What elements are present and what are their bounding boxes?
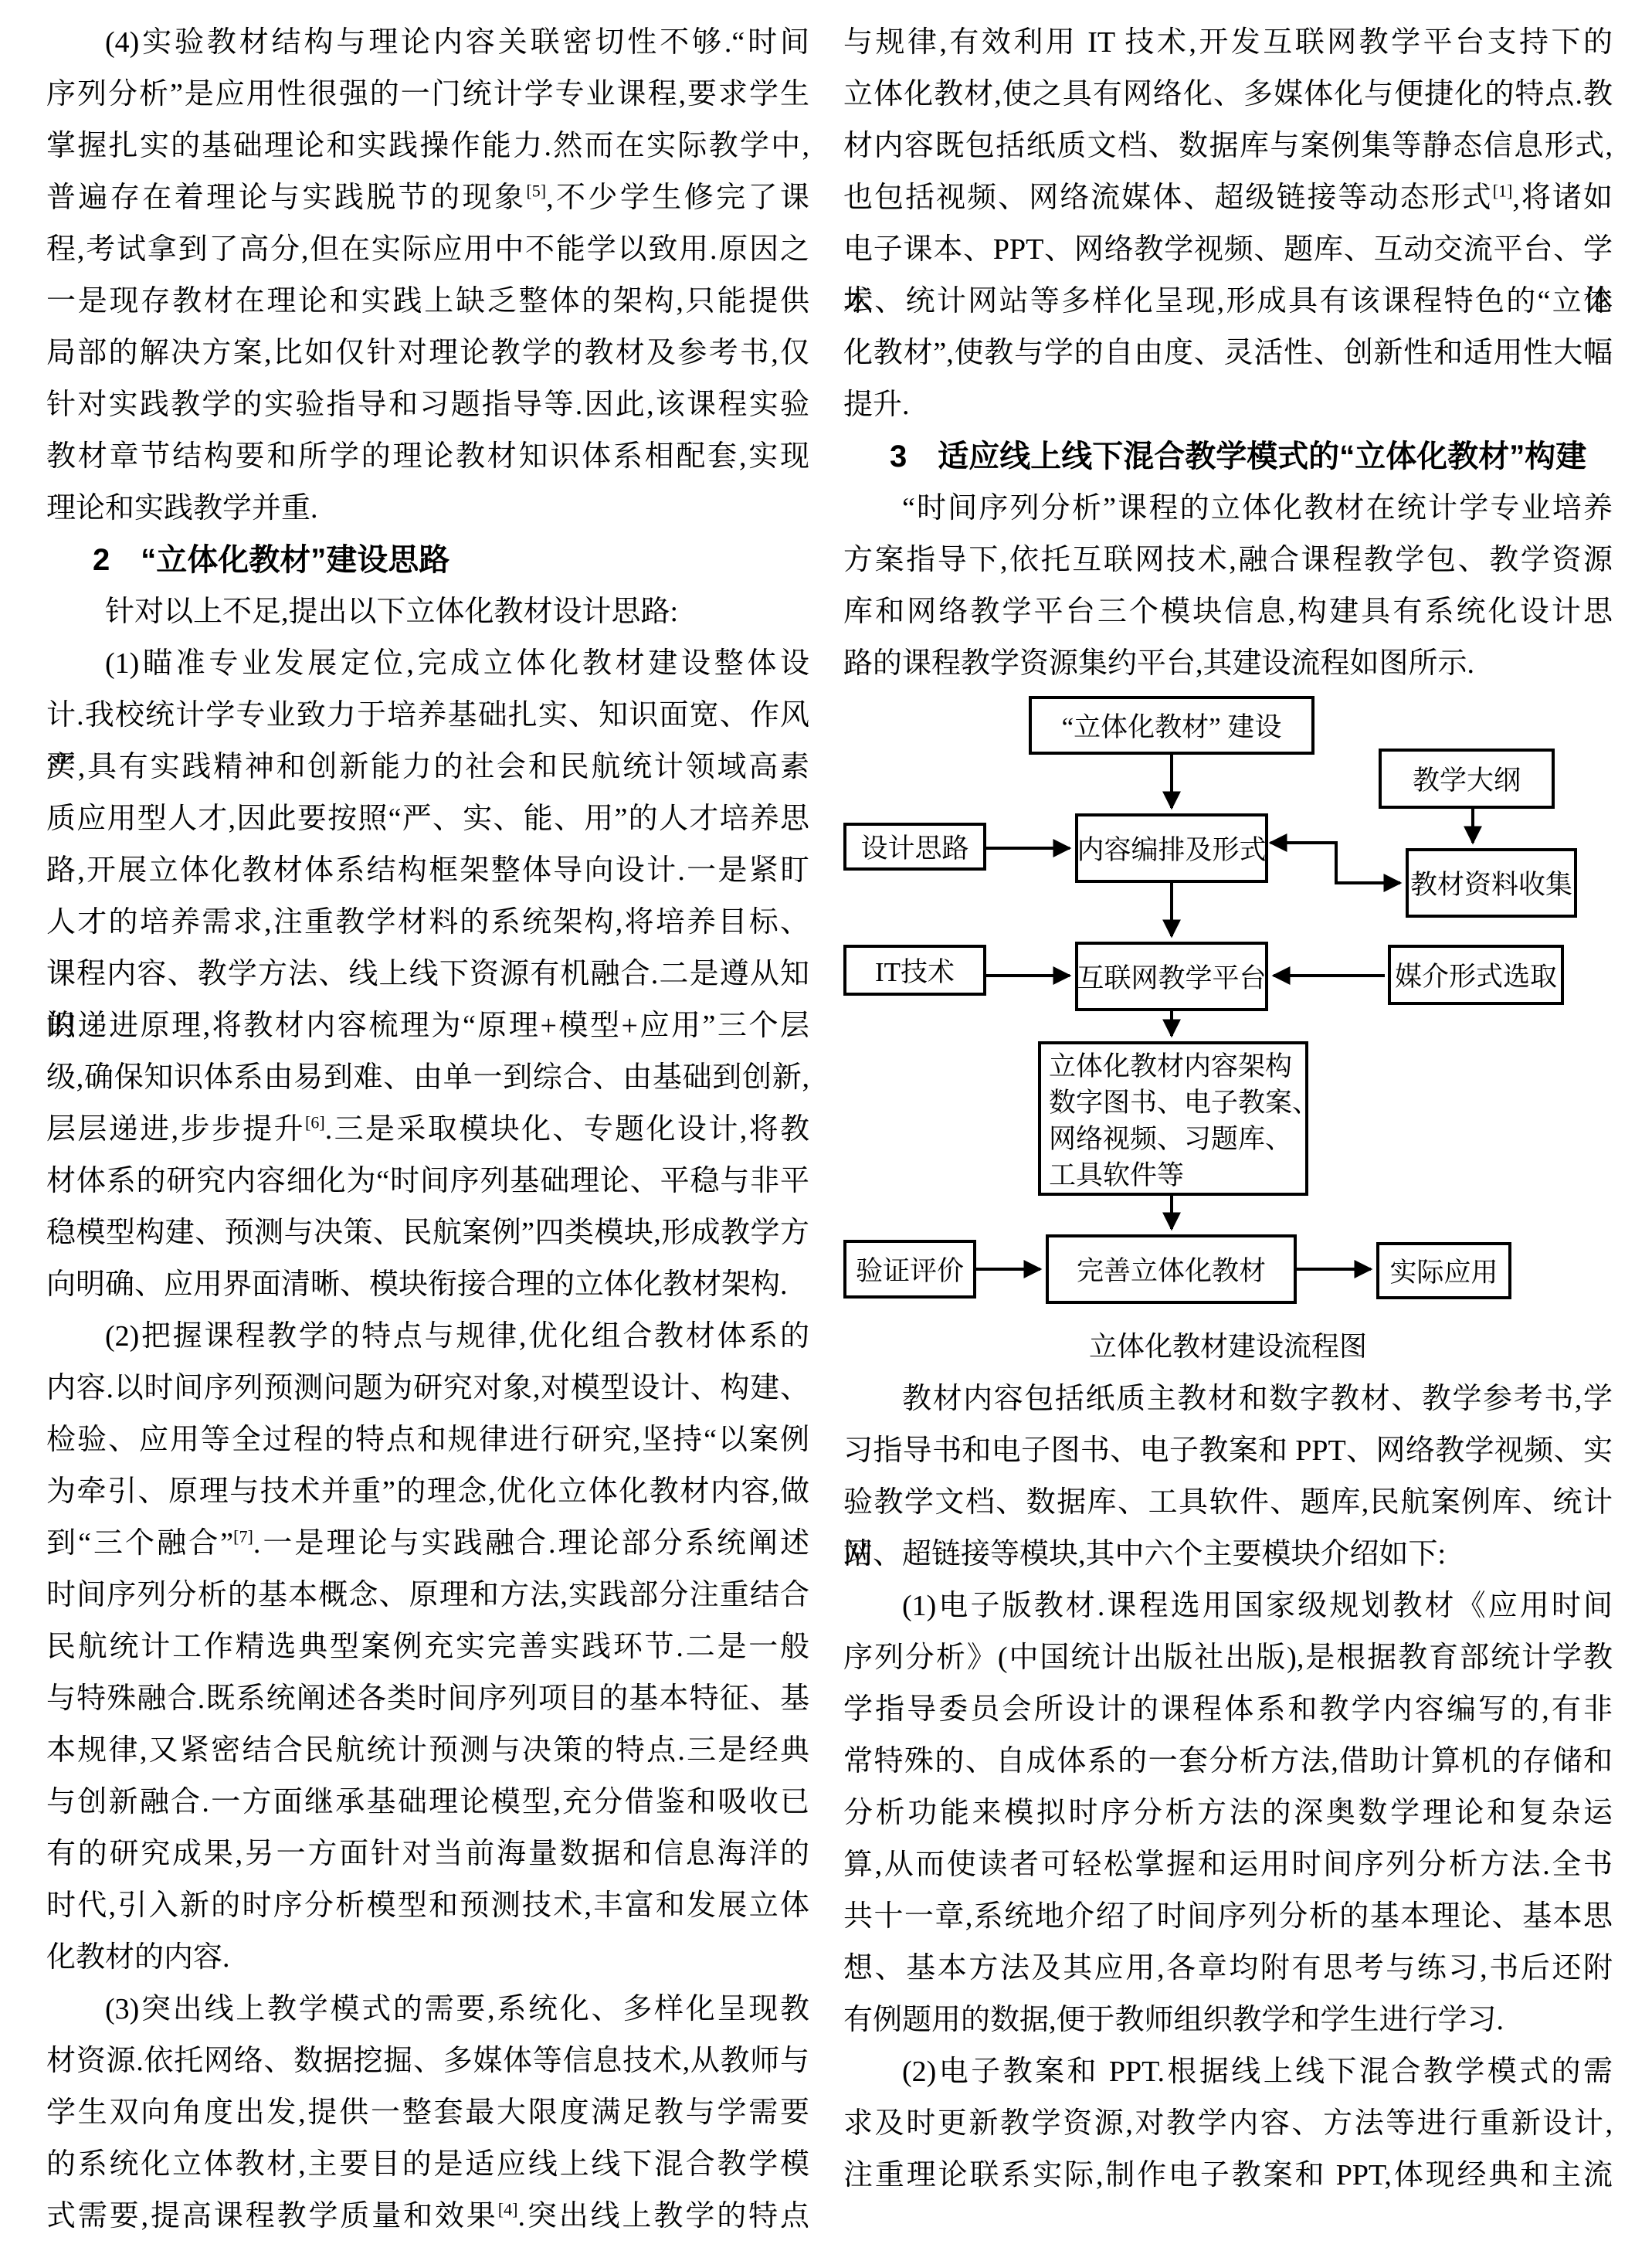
text-line: 质应用型人才,因此要按照“严、实、能、用”的人才培养思: [46, 793, 809, 845]
text-line: 与创新融合.一方面继承基础理论模型,充分借鉴和吸收已: [46, 1777, 809, 1828]
text-line: 层层递进,步步提升[6].三是采取模块化、专题化设计,将教: [46, 1104, 809, 1156]
text-line: 针对以上不足,提出以下立体化教材设计思路:: [46, 586, 809, 638]
node-content-architecture: 立体化教材内容架构数字图书、电子教案、网络视频、习题库、工具软件等: [1038, 1041, 1308, 1196]
text-line: 验教学文档、数据库、工具软件、题库,民航案例库、统计网: [843, 1477, 1613, 1529]
node-it-technology: IT技术: [843, 945, 986, 996]
text-line: 共十一章,系统地介绍了时间序列分析的基本理论、基本思: [843, 1891, 1613, 1943]
section-heading: 3 适应线上线下混合教学模式的“立体化教材”构建: [843, 431, 1613, 483]
text-line: 分析功能来模拟时序分析方法的深奥数学理论和复杂运: [843, 1787, 1613, 1839]
text-line: 级,确保知识体系由易到难、由单一到综合、由基础到创新,: [46, 1052, 809, 1104]
text-line: 民航统计工作精选典型案例充实完善实践环节.二是一般: [46, 1621, 809, 1673]
paper-page: (4)实验教材结构与理论内容关联密切性不够.“时间序列分析”是应用性很强的一门统…: [0, 0, 1652, 2244]
text-line: 注重理论联系实际,制作电子教案和 PPT,体现经典和主流: [843, 2150, 1613, 2202]
text-line: 本规律,又紧密结合民航统计预测与决策的特点.三是经典: [46, 1725, 809, 1777]
text-line: 的递进原理,将教材内容梳理为“原理+模型+应用”三个层: [46, 1000, 809, 1052]
text-line: 教材章节结构要和所学的理论教材知识体系相配套,实现: [46, 431, 809, 483]
textbook-construction-flowchart: “立体化教材” 建设 教学大纲 设计思路 内容编排及形式 教材资料收集 IT技术…: [843, 690, 1613, 1319]
text-line: 材资源.依托网络、数据挖掘、多媒体等信息技术,从教师与: [46, 2035, 809, 2087]
text-line: (3)突出线上教学模式的需要,系统化、多样化呈现教: [46, 1984, 809, 2035]
node-media-selection: 媒介形式选取: [1388, 945, 1564, 1005]
text-line: 立体化教材,使之具有网络化、多媒体化与便捷化的特点.教: [843, 69, 1613, 121]
text-line: 工具软件等: [1049, 1157, 1298, 1193]
text-line: 库和网络教学平台三个模块信息,构建具有系统化设计思: [843, 586, 1613, 638]
right-column: 与规律,有效利用 IT 技术,开发互联网教学平台支持下的立体化教材,使之具有网络…: [843, 17, 1613, 2202]
text-line: 求及时更新教学资源,对教学内容、方法等进行重新设计,: [843, 2098, 1613, 2150]
text-line: 想、基本方法及其应用,各章均附有思考与练习,书后还附: [843, 1943, 1613, 1994]
text-line: 材体系的研究内容细化为“时间序列基础理论、平稳与非平: [46, 1156, 809, 1207]
text-line: 与规律,有效利用 IT 技术,开发互联网教学平台支持下的: [843, 17, 1613, 69]
text-line: 为牵引、原理与技术并重”的理念,优化立体化教材内容,做: [46, 1466, 809, 1518]
text-line: 材内容既包括纸质文档、数据库与案例集等静态信息形式,: [843, 121, 1613, 172]
text-line: 人才的培养需求,注重教学材料的系统架构,将培养目标、: [46, 897, 809, 949]
text-line: 局部的解决方案,比如仅针对理论教学的教材及参考书,仅: [46, 328, 809, 379]
text-line: 时间序列分析的基本概念、原理和方法,实践部分注重结合: [46, 1570, 809, 1621]
text-line: 电子课本、PPT、网络教学视频、题库、互动交流平台、学术论: [843, 224, 1613, 276]
text-line: 方案指导下,依托互联网技术,融合课程教学包、教学资源: [843, 535, 1613, 586]
text-line: 普遍存在着理论与实践脱节的现象[5],不少学生修完了课: [46, 172, 809, 224]
node-improve-textbook: 完善立体化教材: [1046, 1234, 1297, 1304]
text-line: 教材内容包括纸质主教材和数字教材、教学参考书,学: [843, 1373, 1613, 1425]
text-line: 也包括视频、网络流媒体、超级链接等动态形式[1],将诸如: [843, 172, 1613, 224]
text-line: 路的课程教学资源集约平台,其建设流程如图所示.: [843, 638, 1613, 690]
right-column-top-text: 与规律,有效利用 IT 技术,开发互联网教学平台支持下的立体化教材,使之具有网络…: [843, 17, 1613, 690]
text-line: 学生双向角度出发,提供一整套最大限度满足教与学需要: [46, 2087, 809, 2139]
text-line: (4)实验教材结构与理论内容关联密切性不够.“时间: [46, 17, 809, 69]
text-line: 有例题用的数据,便于教师组织教学和学生进行学习.: [843, 1994, 1613, 2046]
arrow-arrange-collect-exchange: [1270, 843, 1400, 883]
text-line: 稳模型构建、预测与决策、民航案例”四类模块,形成教学方: [46, 1207, 809, 1259]
section-heading: 2 “立体化教材”建设思路: [46, 535, 809, 586]
node-internet-platform: 互联网教学平台: [1075, 942, 1268, 1011]
text-line: 有的研究成果,另一方面针对当前海量数据和信息海洋的: [46, 1828, 809, 1880]
text-line: (2)把握课程教学的特点与规律,优化组合教材体系的: [46, 1311, 809, 1363]
text-line: 提升.: [843, 379, 1613, 431]
text-line: 序列分析》(中国统计出版社出版),是根据教育部统计学教: [843, 1632, 1613, 1684]
node-practical-application: 实际应用: [1376, 1242, 1511, 1299]
text-line: 掌握扎实的基础理论和实践操作能力.然而在实际教学中,: [46, 121, 809, 172]
text-line: 的系统化立体教材,主要目的是适应线上线下混合教学模: [46, 2139, 809, 2191]
node-material-collection: 教材资料收集: [1406, 848, 1577, 918]
text-line: 站、超链接等模块,其中六个主要模块介绍如下:: [843, 1529, 1613, 1580]
text-line: 常特殊的、自成体系的一套分析方法,借助计算机的存储和: [843, 1736, 1613, 1787]
text-line: 网络视频、习题库、: [1049, 1121, 1298, 1157]
text-line: 坛、统计网站等多样化呈现,形成具有该课程特色的“立体: [843, 276, 1613, 328]
text-line: 理论和实践教学并重.: [46, 483, 809, 535]
text-line: 学指导委员会所设计的课程体系和教学内容编写的,有非: [843, 1684, 1613, 1736]
text-line: 实,具有实践精神和创新能力的社会和民航统计领域高素: [46, 742, 809, 793]
node-design-idea: 设计思路: [843, 823, 986, 871]
node-syllabus: 教学大纲: [1379, 749, 1555, 809]
figure-caption: 立体化教材建设流程图: [843, 1319, 1613, 1373]
text-line: 化教材”,使教与学的自由度、灵活性、创新性和适用性大幅: [843, 328, 1613, 379]
text-line: 计.我校统计学专业致力于培养基础扎实、知识面宽、作风严: [46, 690, 809, 742]
text-line: (2)电子教案和 PPT.根据线上线下混合教学模式的需: [843, 2046, 1613, 2098]
text-line: 针对实践教学的实验指导和习题指导等.因此,该课程实验: [46, 379, 809, 431]
text-line: 与特殊融合.既系统阐述各类时间序列项目的基本特征、基: [46, 1673, 809, 1725]
node-content-arrangement: 内容编排及形式: [1075, 813, 1268, 883]
right-column-bottom-text: 教材内容包括纸质主教材和数字教材、教学参考书,学习指导书和电子图书、电子教案和 …: [843, 1373, 1613, 2202]
text-line: 程,考试拿到了高分,但在实际应用中不能学以致用.原因之: [46, 224, 809, 276]
node-verify-evaluate: 验证评价: [843, 1240, 976, 1299]
text-line: 检验、应用等全过程的特点和规律进行研究,坚持“以案例: [46, 1414, 809, 1466]
text-line: 序列分析”是应用性很强的一门统计学专业课程,要求学生: [46, 69, 809, 121]
node-build: “立体化教材” 建设: [1029, 696, 1314, 755]
text-line: 算,从而使读者可轻松掌握和运用时间序列分析方法.全书: [843, 1839, 1613, 1891]
text-line: 时代,引入新的时序分析模型和预测技术,丰富和发展立体: [46, 1880, 809, 1932]
text-line: 路,开展立体化教材体系结构框架整体导向设计.一是紧盯: [46, 845, 809, 897]
text-line: 向明确、应用界面清晰、模块衔接合理的立体化教材架构.: [46, 1259, 809, 1311]
text-line: 立体化教材内容架构: [1049, 1048, 1298, 1085]
text-line: (1)电子版教材.课程选用国家级规划教材《应用时间: [843, 1580, 1613, 1632]
text-line: 内容.以时间序列预测问题为研究对象,对模型设计、构建、: [46, 1363, 809, 1414]
text-line: 到“三个融合”[7].一是理论与实践融合.理论部分系统阐述: [46, 1518, 809, 1570]
text-line: (1)瞄准专业发展定位,完成立体化教材建设整体设: [46, 638, 809, 690]
text-line: 习指导书和电子图书、电子教案和 PPT、网络教学视频、实: [843, 1425, 1613, 1477]
left-column: (4)实验教材结构与理论内容关联密切性不够.“时间序列分析”是应用性很强的一门统…: [46, 17, 809, 2242]
text-line: 课程内容、教学方法、线上线下资源有机融合.二是遵从知识: [46, 949, 809, 1000]
text-line: 一是现存教材在理论和实践上缺乏整体的架构,只能提供: [46, 276, 809, 328]
text-line: 式需要,提高课程教学质量和效果[4].突出线上教学的特点: [46, 2191, 809, 2242]
text-line: 数字图书、电子教案、: [1049, 1085, 1298, 1121]
text-line: 化教材的内容.: [46, 1932, 809, 1984]
text-line: “时间序列分析”课程的立体化教材在统计学专业培养: [843, 483, 1613, 535]
